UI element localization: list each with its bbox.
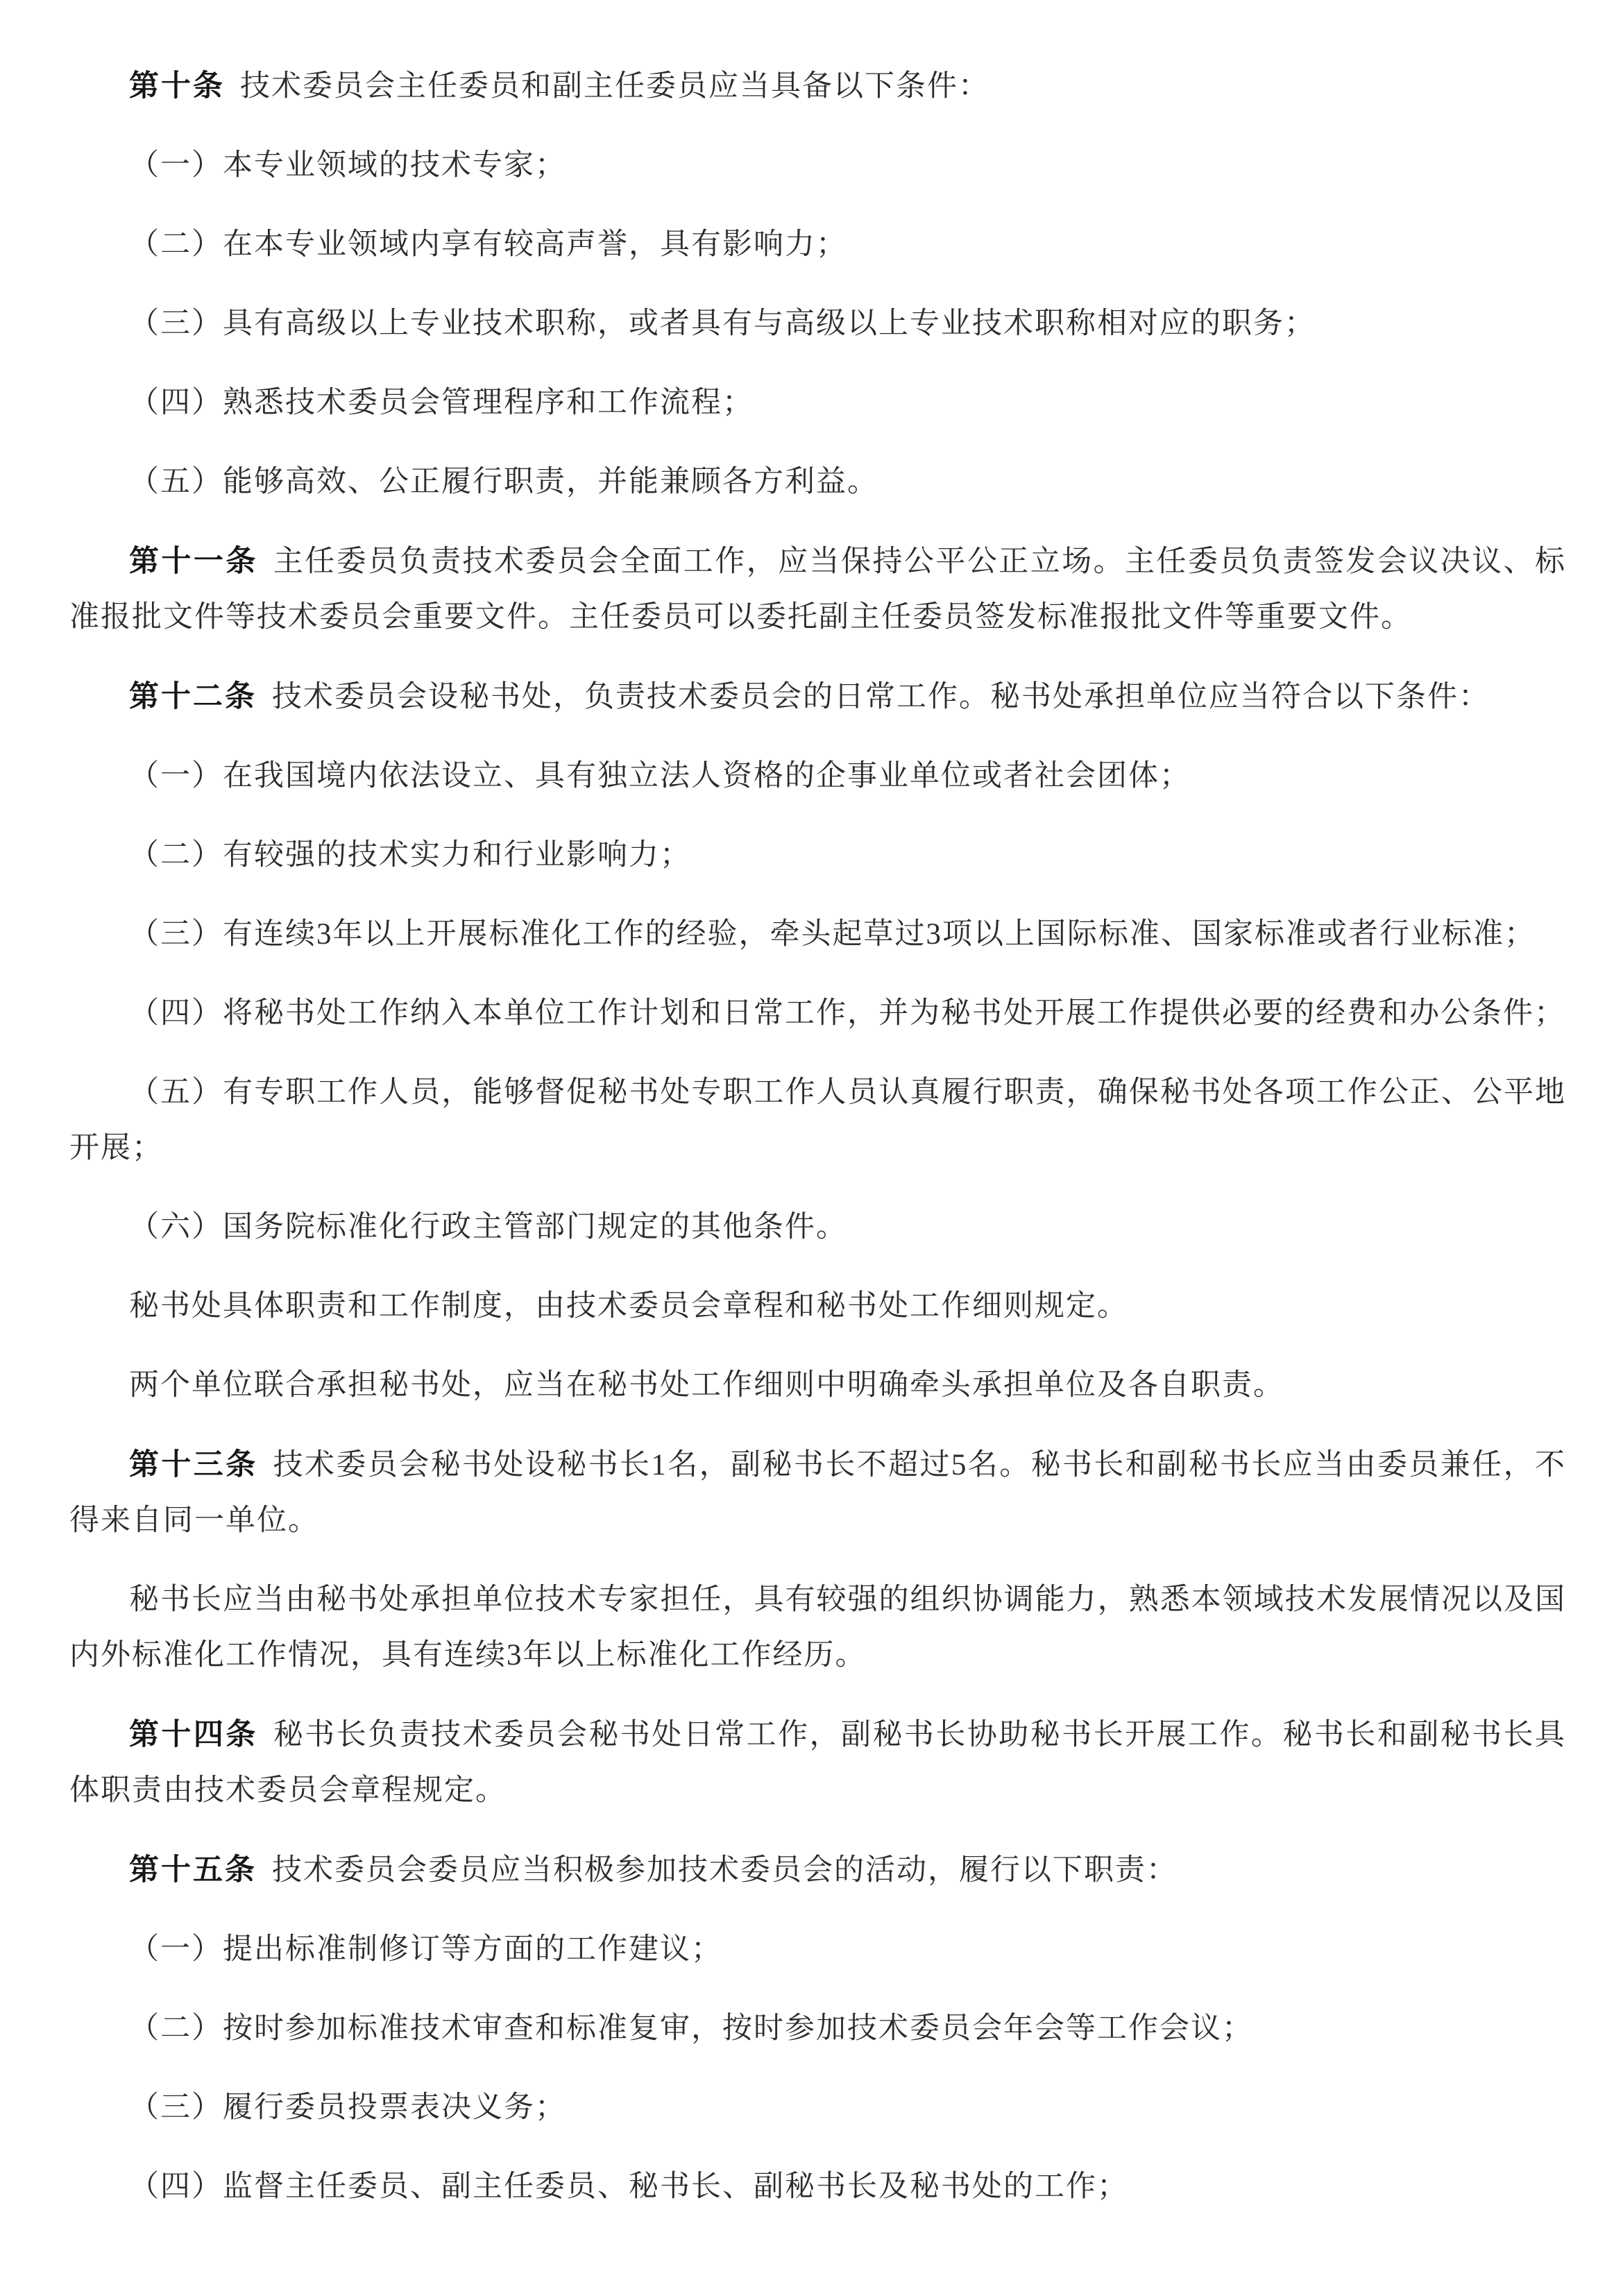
paragraph-text: 技术委员会设秘书处，负责技术委员会的日常工作。秘书处承担单位应当符合以下条件：: [272, 681, 1490, 713]
paragraph-text: 秘书长应当由秘书处承担单位技术专家担任，具有较强的组织协调能力，熟悉本领域技术发…: [69, 1583, 1566, 1672]
paragraph-text: （四）监督主任委员、副主任委员、秘书长、副秘书长及秘书处的工作；: [129, 2170, 1128, 2203]
list-item-paragraph: （三）具有高级以上专业技术职称，或者具有与高级以上专业技术职称相对应的职务；: [69, 296, 1566, 352]
list-item-paragraph: （六）国务院标准化行政主管部门规定的其他条件。: [69, 1200, 1566, 1255]
paragraph-text: （五）能够高效、公正履行职责，并能兼顾各方利益。: [129, 466, 878, 498]
article-number: 第十二条: [129, 680, 257, 713]
list-item-paragraph: （四）熟悉技术委员会管理程序和工作流程；: [69, 375, 1566, 431]
list-item-paragraph: （二）在本专业领域内享有较高声誉，具有影响力；: [69, 217, 1566, 273]
paragraph-text: （四）熟悉技术委员会管理程序和工作流程；: [129, 386, 754, 419]
paragraph-text: 秘书处具体职责和工作制度，由技术委员会章程和秘书处工作细则规定。: [129, 1290, 1128, 1323]
paragraph-text: 技术委员会秘书处设秘书长1名，副秘书长不超过5名。秘书长和副秘书长应当由委员兼任…: [69, 1449, 1566, 1537]
document-page: 第十条技术委员会主任委员和副主任委员应当具备以下条件： （一）本专业领域的技术专…: [0, 0, 1623, 2296]
paragraph-text: 两个单位联合承担秘书处，应当在秘书处工作细则中明确牵头承担单位及各自职责。: [129, 1369, 1284, 1402]
article-paragraph: 第十条技术委员会主任委员和副主任委员应当具备以下条件：: [69, 58, 1566, 114]
paragraph-text: （三）有连续3年以上开展标准化工作的经验，牵头起草过3项以上国际标准、国家标准或…: [129, 918, 1536, 951]
paragraph-text: 主任委员负责技术委员会全面工作，应当保持公平公正立场。主任委员负责签发会议决议、…: [69, 545, 1566, 633]
article-paragraph: 第十四条秘书长负责技术委员会秘书处日常工作，副秘书长协助秘书长开展工作。秘书长和…: [69, 1707, 1566, 1819]
list-item-paragraph: （一）提出标准制修订等方面的工作建议；: [69, 1922, 1566, 1978]
paragraph-text: （三）履行委员投票表决义务；: [129, 2091, 566, 2124]
list-item-paragraph: （一）在我国境内依法设立、具有独立法人资格的企事业单位或者社会团体；: [69, 749, 1566, 804]
list-item-paragraph: （四）监督主任委员、副主任委员、秘书长、副秘书长及秘书处的工作；: [69, 2159, 1566, 2215]
article-paragraph: 第十一条主任委员负责技术委员会全面工作，应当保持公平公正立场。主任委员负责签发会…: [69, 534, 1566, 645]
list-item-paragraph: （五）能够高效、公正履行职责，并能兼顾各方利益。: [69, 454, 1566, 510]
article-paragraph: 第十二条技术委员会设秘书处，负责技术委员会的日常工作。秘书处承担单位应当符合以下…: [69, 669, 1566, 725]
body-paragraph: 秘书处具体职责和工作制度，由技术委员会章程和秘书处工作细则规定。: [69, 1279, 1566, 1334]
article-paragraph: 第十三条技术委员会秘书处设秘书长1名，副秘书长不超过5名。秘书长和副秘书长应当由…: [69, 1437, 1566, 1549]
paragraph-text: （三）具有高级以上专业技术职称，或者具有与高级以上专业技术职称相对应的职务；: [129, 307, 1316, 340]
list-item-paragraph: （四）将秘书处工作纳入本单位工作计划和日常工作，并为秘书处开展工作提供必要的经费…: [69, 986, 1566, 1041]
list-item-paragraph: （三）有连续3年以上开展标准化工作的经验，牵头起草过3项以上国际标准、国家标准或…: [69, 907, 1566, 962]
body-paragraph: 两个单位联合承担秘书处，应当在秘书处工作细则中明确牵头承担单位及各自职责。: [69, 1358, 1566, 1413]
article-number: 第十五条: [129, 1853, 257, 1887]
article-number: 第十条: [129, 69, 225, 103]
paragraph-text: （六）国务院标准化行政主管部门规定的其他条件。: [129, 1211, 847, 1243]
list-item-paragraph: （五）有专职工作人员，能够督促秘书处专职工作人员认真履行职责，确保秘书处各项工作…: [69, 1065, 1566, 1176]
body-paragraph: 秘书长应当由秘书处承担单位技术专家担任，具有较强的组织协调能力，熟悉本领域技术发…: [69, 1572, 1566, 1683]
list-item-paragraph: （二）有较强的技术实力和行业影响力；: [69, 828, 1566, 883]
paragraph-text: 技术委员会主任委员和副主任委员应当具备以下条件：: [240, 70, 989, 103]
list-item-paragraph: （二）按时参加标准技术审查和标准复审，按时参加技术委员会年会等工作会议；: [69, 2001, 1566, 2057]
paragraph-text: （一）本专业领域的技术专家；: [129, 149, 566, 182]
paragraph-text: （一）在我国境内依法设立、具有独立法人资格的企事业单位或者社会团体；: [129, 760, 1191, 792]
paragraph-text: 技术委员会委员应当积极参加技术委员会的活动，履行以下职责：: [272, 1854, 1178, 1887]
article-number: 第十一条: [129, 545, 258, 578]
paragraph-text: （二）有较强的技术实力和行业影响力；: [129, 839, 691, 871]
list-item-paragraph: （三）履行委员投票表决义务；: [69, 2080, 1566, 2136]
paragraph-text: （五）有专职工作人员，能够督促秘书处专职工作人员认真履行职责，确保秘书处各项工作…: [69, 1076, 1566, 1164]
paragraph-text: 秘书长负责技术委员会秘书处日常工作，副秘书长协助秘书长开展工作。秘书长和副秘书长…: [69, 1719, 1566, 1807]
paragraph-text: （二）在本专业领域内享有较高声誉，具有影响力；: [129, 228, 847, 261]
paragraph-text: （二）按时参加标准技术审查和标准复审，按时参加技术委员会年会等工作会议；: [129, 2012, 1253, 2045]
article-paragraph: 第十五条技术委员会委员应当积极参加技术委员会的活动，履行以下职责：: [69, 1842, 1566, 1898]
article-number: 第十三条: [129, 1448, 258, 1481]
paragraph-text: （四）将秘书处工作纳入本单位工作计划和日常工作，并为秘书处开展工作提供必要的经费…: [129, 997, 1565, 1030]
article-number: 第十四条: [129, 1718, 258, 1751]
paragraph-text: （一）提出标准制修订等方面的工作建议；: [129, 1933, 722, 1966]
list-item-paragraph: （一）本专业领域的技术专家；: [69, 138, 1566, 194]
